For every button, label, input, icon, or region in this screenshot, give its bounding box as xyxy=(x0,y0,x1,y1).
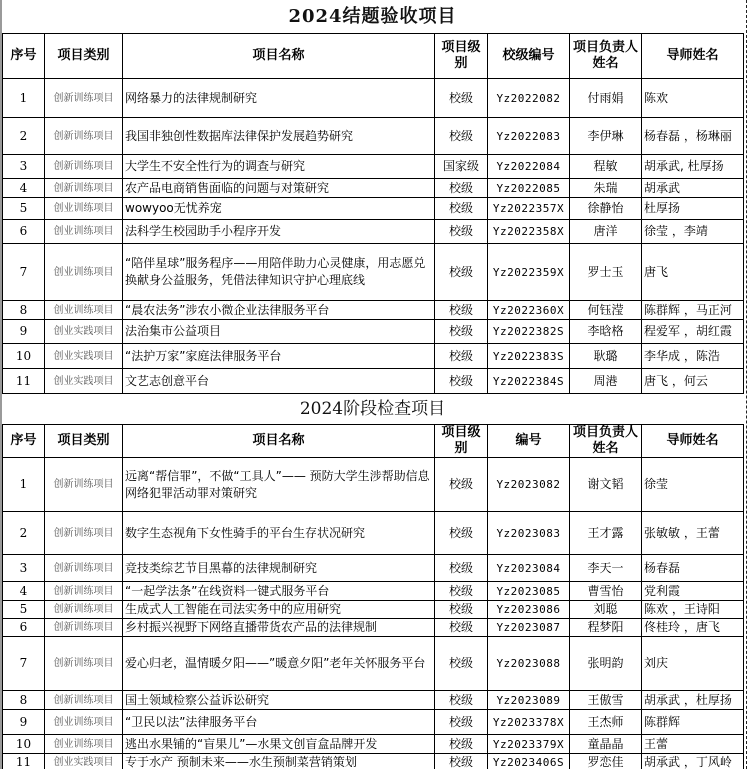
cell-leader[interactable]: 付雨娟 xyxy=(570,79,642,118)
cell-advisor[interactable]: 陈群辉 xyxy=(642,710,744,735)
cell-category[interactable]: 创新训练项目 xyxy=(45,179,123,198)
stage-check-table: 序号 项目类别 项目名称 项目级别 编号 项目负责人姓名 导师姓名 1 创新训练… xyxy=(2,424,744,769)
cell-no[interactable]: 8 xyxy=(3,691,45,710)
cell-code[interactable]: Yz2023089 xyxy=(488,691,570,710)
cell-no[interactable]: 7 xyxy=(3,244,45,301)
cell-no[interactable]: 4 xyxy=(3,179,45,198)
cell-no[interactable]: 7 xyxy=(3,637,45,691)
cell-code[interactable]: Yz2022083 xyxy=(488,118,570,155)
cell-advisor[interactable]: 杨春磊 xyxy=(642,555,744,582)
header-level: 项目级别 xyxy=(435,425,488,458)
cell-leader[interactable]: 徐静怡 xyxy=(570,198,642,220)
cell-category[interactable]: 创业实践项目 xyxy=(45,320,123,344)
cell-leader[interactable]: 唐洋 xyxy=(570,220,642,244)
cell-level[interactable]: 校级 xyxy=(435,301,488,320)
table-row[interactable]: 3 创新训练项目 大学生不安全性行为的调查与研究 国家级 Yz2022084 程… xyxy=(3,155,744,179)
cell-no[interactable]: 3 xyxy=(3,555,45,582)
cell-name[interactable]: “一起学法条”在线资料一键式服务平台 xyxy=(123,582,435,601)
cell-code[interactable]: Yz2023406S xyxy=(488,754,570,769)
cell-leader[interactable]: 曹雪怡 xyxy=(570,582,642,601)
cell-no[interactable]: 10 xyxy=(3,344,45,369)
cell-name[interactable]: 逃出水果铺的“盲果儿”—水果文创盲盒品牌开发 xyxy=(123,735,435,754)
cell-no[interactable]: 4 xyxy=(3,582,45,601)
cell-no[interactable]: 2 xyxy=(3,512,45,555)
cell-name[interactable]: 乡村振兴视野下网络直播带货农产品的法律规制 xyxy=(123,619,435,637)
cell-no[interactable]: 8 xyxy=(3,301,45,320)
cell-code[interactable]: Yz2022360X xyxy=(488,301,570,320)
header-leader: 项目负责人姓名 xyxy=(570,34,642,79)
cell-level[interactable]: 校级 xyxy=(435,320,488,344)
cell-category[interactable]: 创业训练项目 xyxy=(45,198,123,220)
cell-advisor[interactable]: 徐莹 xyxy=(642,458,744,512)
cell-name[interactable]: 网络暴力的法律规制研究 xyxy=(123,79,435,118)
cell-code[interactable]: Yz2022357X xyxy=(488,198,570,220)
table-row[interactable]: 4 创新训练项目 “一起学法条”在线资料一键式服务平台 校级 Yz2023085… xyxy=(3,582,744,601)
cell-category[interactable]: 创新训练项目 xyxy=(45,637,123,691)
cell-level[interactable]: 校级 xyxy=(435,754,488,769)
cell-category[interactable]: 创新训练项目 xyxy=(45,691,123,710)
table-row[interactable]: 2 创新训练项目 我国非独创性数据库法律保护发展趋势研究 校级 Yz202208… xyxy=(3,118,744,155)
cell-level[interactable]: 校级 xyxy=(435,118,488,155)
cell-leader[interactable]: 罗恋佳 xyxy=(570,754,642,769)
cell-advisor[interactable]: 唐飞 xyxy=(642,244,744,301)
header-category: 项目类别 xyxy=(45,425,123,458)
table-header-row: 序号 项目类别 项目名称 项目级别 编号 项目负责人姓名 导师姓名 xyxy=(3,425,744,458)
cell-code[interactable]: Yz2023082 xyxy=(488,458,570,512)
cell-name[interactable]: 数字生态视角下女性骑手的平台生存状况研究 xyxy=(123,512,435,555)
header-code: 编号 xyxy=(488,425,570,458)
table-row[interactable]: 8 创新训练项目 国土领域检察公益诉讼研究 校级 Yz2023089 王傲雪 胡… xyxy=(3,691,744,710)
table-header-row: 序号 项目类别 项目名称 项目级别 校级编号 项目负责人姓名 导师姓名 xyxy=(3,34,744,79)
cell-level[interactable]: 校级 xyxy=(435,582,488,601)
cell-leader[interactable]: 王才露 xyxy=(570,512,642,555)
cell-name[interactable]: 农产品电商销售面临的问题与对策研究 xyxy=(123,179,435,198)
cell-name[interactable]: “陪伴星球”服务程序——用陪伴助力心灵健康，用志愿兑换献身公益服务，凭借法律知识… xyxy=(123,244,435,301)
cell-code[interactable]: Yz2022382S xyxy=(488,320,570,344)
table-row[interactable]: 2 创新训练项目 数字生态视角下女性骑手的平台生存状况研究 校级 Yz20230… xyxy=(3,512,744,555)
table-row[interactable]: 8 创业训练项目 “晨农法务”涉农小微企业法律服务平台 校级 Yz2022360… xyxy=(3,301,744,320)
cell-code[interactable]: Yz2023084 xyxy=(488,555,570,582)
table-row[interactable]: 6 创业训练项目 法科学生校园助手小程序开发 校级 Yz2022358X 唐洋 … xyxy=(3,220,744,244)
cell-level[interactable]: 校级 xyxy=(435,691,488,710)
cell-level[interactable]: 校级 xyxy=(435,710,488,735)
cell-level[interactable]: 校级 xyxy=(435,512,488,555)
table-row[interactable]: 6 创新训练项目 乡村振兴视野下网络直播带货农产品的法律规制 校级 Yz2023… xyxy=(3,619,744,637)
table-row[interactable]: 9 创业实践项目 法治集市公益项目 校级 Yz2022382S 李晗格 程爱军 … xyxy=(3,320,744,344)
cell-category[interactable]: 创新训练项目 xyxy=(45,512,123,555)
header-advisor: 导师姓名 xyxy=(642,425,744,458)
cell-advisor[interactable]: 刘庆 xyxy=(642,637,744,691)
cell-code[interactable]: Yz2022084 xyxy=(488,155,570,179)
cell-advisor[interactable]: 陈欢 xyxy=(642,79,744,118)
cell-name[interactable]: 文艺志创意平台 xyxy=(123,369,435,394)
header-advisor: 导师姓名 xyxy=(642,34,744,79)
cell-advisor[interactable]: 胡承武 ，杜厚扬 xyxy=(642,691,744,710)
cell-name[interactable]: 我国非独创性数据库法律保护发展趋势研究 xyxy=(123,118,435,155)
cell-level[interactable]: 校级 xyxy=(435,79,488,118)
cell-leader[interactable]: 罗士玉 xyxy=(570,244,642,301)
cell-advisor[interactable]: 徐莹 ，李靖 xyxy=(642,220,744,244)
cell-code[interactable]: Yz2022358X xyxy=(488,220,570,244)
header-leader: 项目负责人姓名 xyxy=(570,425,642,458)
cell-leader[interactable]: 张明韵 xyxy=(570,637,642,691)
cell-no[interactable]: 9 xyxy=(3,710,45,735)
cell-code[interactable]: Yz2023379X xyxy=(488,735,570,754)
cell-category[interactable]: 创新训练项目 xyxy=(45,118,123,155)
cell-code[interactable]: Yz2022085 xyxy=(488,179,570,198)
header-no: 序号 xyxy=(3,425,45,458)
cell-advisor[interactable]: 唐飞 ，何云 xyxy=(642,369,744,394)
cell-category[interactable]: 创业训练项目 xyxy=(45,244,123,301)
cell-advisor[interactable]: 胡承武, 杜厚扬 xyxy=(642,155,744,179)
cell-leader[interactable]: 周港 xyxy=(570,369,642,394)
cell-category[interactable]: 创业训练项目 xyxy=(45,710,123,735)
cell-name[interactable]: 国土领域检察公益诉讼研究 xyxy=(123,691,435,710)
cell-category[interactable]: 创新训练项目 xyxy=(45,555,123,582)
cell-leader[interactable]: 李天一 xyxy=(570,555,642,582)
cell-code[interactable]: Yz2023085 xyxy=(488,582,570,601)
cell-no[interactable]: 3 xyxy=(3,155,45,179)
cell-leader[interactable]: 王杰师 xyxy=(570,710,642,735)
header-code: 校级编号 xyxy=(488,34,570,79)
cell-leader[interactable]: 刘聪 xyxy=(570,601,642,619)
cell-advisor[interactable]: 陈群辉 ，马正河 xyxy=(642,301,744,320)
cell-category[interactable]: 创业实践项目 xyxy=(45,754,123,769)
cell-name[interactable]: 竞技类综艺节目黑幕的法律规制研究 xyxy=(123,555,435,582)
cell-no[interactable]: 10 xyxy=(3,735,45,754)
cell-leader[interactable]: 王傲雪 xyxy=(570,691,642,710)
cell-name[interactable]: “卫民以法”法律服务平台 xyxy=(123,710,435,735)
cell-level[interactable]: 校级 xyxy=(435,637,488,691)
cell-leader[interactable]: 程敏 xyxy=(570,155,642,179)
cell-no[interactable]: 11 xyxy=(3,369,45,394)
cell-code[interactable]: Yz2023083 xyxy=(488,512,570,555)
cell-name[interactable]: wowyoo无忧养宠 xyxy=(123,198,435,220)
cell-category[interactable]: 创新训练项目 xyxy=(45,582,123,601)
cell-category[interactable]: 创业训练项目 xyxy=(45,735,123,754)
cell-code[interactable]: Yz2022384S xyxy=(488,369,570,394)
cell-leader[interactable]: 何钰滢 xyxy=(570,301,642,320)
cell-category[interactable]: 创业训练项目 xyxy=(45,220,123,244)
cell-code[interactable]: Yz2022082 xyxy=(488,79,570,118)
cell-level[interactable]: 校级 xyxy=(435,344,488,369)
cell-advisor[interactable]: 李华成 ，陈浩 xyxy=(642,344,744,369)
cell-advisor[interactable]: 胡承武 xyxy=(642,179,744,198)
table-row[interactable]: 7 创业训练项目 “陪伴星球”服务程序——用陪伴助力心灵健康，用志愿兑换献身公益… xyxy=(3,244,744,301)
cell-code[interactable]: Yz2023378X xyxy=(488,710,570,735)
cell-category[interactable]: 创新训练项目 xyxy=(45,79,123,118)
cell-advisor[interactable]: 佟桂玲 ，唐飞 xyxy=(642,619,744,637)
cell-no[interactable]: 1 xyxy=(3,79,45,118)
table-row[interactable]: 4 创新训练项目 农产品电商销售面临的问题与对策研究 校级 Yz2022085 … xyxy=(3,179,744,198)
cell-name[interactable]: 法科学生校园助手小程序开发 xyxy=(123,220,435,244)
cell-level[interactable]: 校级 xyxy=(435,735,488,754)
cell-advisor[interactable]: 王蕾 xyxy=(642,735,744,754)
table-row[interactable]: 5 创新训练项目 生成式人工智能在司法实务中的应用研究 校级 Yz2023086… xyxy=(3,601,744,619)
table-row[interactable]: 10 创业实践项目 “法护万家”家庭法律服务平台 校级 Yz2022383S 耿… xyxy=(3,344,744,369)
cell-name[interactable]: “法护万家”家庭法律服务平台 xyxy=(123,344,435,369)
cell-leader[interactable]: 谢文韬 xyxy=(570,458,642,512)
cell-advisor[interactable]: 杨春磊 ，杨琳丽 xyxy=(642,118,744,155)
table-row[interactable]: 7 创新训练项目 爱心归老，温情暖夕阳——”暖意夕阳”老年关怀服务平台 校级 Y… xyxy=(3,637,744,691)
cell-no[interactable]: 11 xyxy=(3,754,45,769)
cell-advisor[interactable]: 陈欢 ，王诗阳 xyxy=(642,601,744,619)
cell-category[interactable]: 创新训练项目 xyxy=(45,601,123,619)
cell-level[interactable]: 国家级 xyxy=(435,155,488,179)
header-name: 项目名称 xyxy=(123,425,435,458)
cell-name[interactable]: 法治集市公益项目 xyxy=(123,320,435,344)
header-no: 序号 xyxy=(3,34,45,79)
table-row[interactable]: 3 创新训练项目 竞技类综艺节目黑幕的法律规制研究 校级 Yz2023084 李… xyxy=(3,555,744,582)
cell-advisor[interactable]: 胡承武 ，丁风岭 xyxy=(642,754,744,769)
cell-leader[interactable]: 耿璐 xyxy=(570,344,642,369)
cell-name[interactable]: 专于水产 预制未来——水生预制菜营销策划 xyxy=(123,754,435,769)
cell-no[interactable]: 6 xyxy=(3,619,45,637)
cell-category[interactable]: 创业实践项目 xyxy=(45,369,123,394)
table-row[interactable]: 11 创业实践项目 文艺志创意平台 校级 Yz2022384S 周港 唐飞 ，何… xyxy=(3,369,744,394)
cell-leader[interactable]: 李伊琳 xyxy=(570,118,642,155)
cell-code[interactable]: Yz2022359X xyxy=(488,244,570,301)
cell-level[interactable]: 校级 xyxy=(435,458,488,512)
cell-leader[interactable]: 朱瑞 xyxy=(570,179,642,198)
cell-no[interactable]: 5 xyxy=(3,601,45,619)
header-level: 项目级别 xyxy=(435,34,488,79)
cell-no[interactable]: 6 xyxy=(3,220,45,244)
table-row[interactable]: 9 创业训练项目 “卫民以法”法律服务平台 校级 Yz2023378X 王杰师 … xyxy=(3,710,744,735)
cell-name[interactable]: 爱心归老，温情暖夕阳——”暖意夕阳”老年关怀服务平台 xyxy=(123,637,435,691)
cell-code[interactable]: Yz2023087 xyxy=(488,619,570,637)
cell-advisor[interactable]: 党利霞 xyxy=(642,582,744,601)
cell-no[interactable]: 1 xyxy=(3,458,45,512)
cell-advisor[interactable]: 程爱军 ，胡红霞 xyxy=(642,320,744,344)
cell-no[interactable]: 2 xyxy=(3,118,45,155)
table-row[interactable]: 5 创业训练项目 wowyoo无忧养宠 校级 Yz2022357X 徐静怡 杜厚… xyxy=(3,198,744,220)
cell-category[interactable]: 创新训练项目 xyxy=(45,155,123,179)
cell-code[interactable]: Yz2023086 xyxy=(488,601,570,619)
header-name: 项目名称 xyxy=(123,34,435,79)
cell-category[interactable]: 创新训练项目 xyxy=(45,619,123,637)
cell-no[interactable]: 9 xyxy=(3,320,45,344)
cell-level[interactable]: 校级 xyxy=(435,619,488,637)
cell-leader[interactable]: 李晗格 xyxy=(570,320,642,344)
cell-category[interactable]: 创新训练项目 xyxy=(45,458,123,512)
cell-no[interactable]: 5 xyxy=(3,198,45,220)
table-row[interactable]: 1 创新训练项目 远离“帮信罪”，不做“工具人”—— 预防大学生涉帮助信息网络犯… xyxy=(3,458,744,512)
cell-category[interactable]: 创业实践项目 xyxy=(45,344,123,369)
table-row[interactable]: 1 创新训练项目 网络暴力的法律规制研究 校级 Yz2022082 付雨娟 陈欢 xyxy=(3,79,744,118)
cell-level[interactable]: 校级 xyxy=(435,601,488,619)
cell-level[interactable]: 校级 xyxy=(435,179,488,198)
cell-level[interactable]: 校级 xyxy=(435,220,488,244)
cell-leader[interactable]: 童晶晶 xyxy=(570,735,642,754)
cell-level[interactable]: 校级 xyxy=(435,555,488,582)
section-title-stage-check: 2024阶段检查项目 xyxy=(2,394,743,424)
table-row[interactable]: 10 创业训练项目 逃出水果铺的“盲果儿”—水果文创盲盒品牌开发 校级 Yz20… xyxy=(3,735,744,754)
cell-name[interactable]: “晨农法务”涉农小微企业法律服务平台 xyxy=(123,301,435,320)
table-row[interactable]: 11 创业实践项目 专于水产 预制未来——水生预制菜营销策划 校级 Yz2023… xyxy=(3,754,744,769)
header-category: 项目类别 xyxy=(45,34,123,79)
cell-name[interactable]: 远离“帮信罪”，不做“工具人”—— 预防大学生涉帮助信息网络犯罪活动罪对策研究 xyxy=(123,458,435,512)
cell-code[interactable]: Yz2023088 xyxy=(488,637,570,691)
completion-table: 序号 项目类别 项目名称 项目级别 校级编号 项目负责人姓名 导师姓名 1 创新… xyxy=(2,33,744,394)
cell-level[interactable]: 校级 xyxy=(435,369,488,394)
cell-level[interactable]: 校级 xyxy=(435,198,488,220)
cell-leader[interactable]: 程梦阳 xyxy=(570,619,642,637)
cell-advisor[interactable]: 杜厚扬 xyxy=(642,198,744,220)
cell-advisor[interactable]: 张敏敏 ，王蕾 xyxy=(642,512,744,555)
cell-code[interactable]: Yz2022383S xyxy=(488,344,570,369)
section-title-completion: 2024结题验收项目 xyxy=(2,0,743,33)
cell-name[interactable]: 生成式人工智能在司法实务中的应用研究 xyxy=(123,601,435,619)
cell-category[interactable]: 创业训练项目 xyxy=(45,301,123,320)
cell-level[interactable]: 校级 xyxy=(435,244,488,301)
cell-name[interactable]: 大学生不安全性行为的调查与研究 xyxy=(123,155,435,179)
